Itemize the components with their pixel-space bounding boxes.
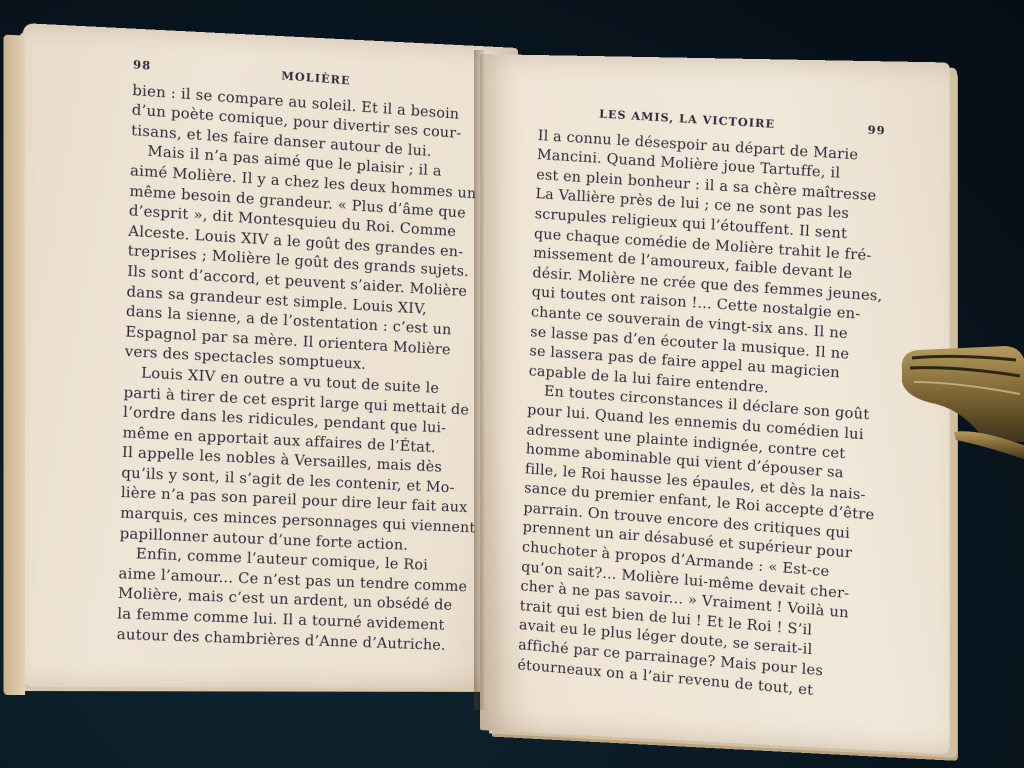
right-page: LES AMIS, LA VICTOIRE 99 Il a connu le d… bbox=[480, 54, 950, 754]
left-page-text: 98 MOLIÈRE bien : il se compare au solei… bbox=[116, 55, 472, 657]
page-number-right: 99 bbox=[867, 120, 886, 141]
book-gutter bbox=[474, 50, 484, 710]
left-header-title: MOLIÈRE bbox=[281, 66, 351, 91]
right-page-text: LES AMIS, LA VICTOIRE 99 Il a connu le d… bbox=[517, 101, 886, 706]
brass-hand-icon bbox=[896, 342, 1024, 462]
left-page-body: bien : il se compare au soleil. Et il a … bbox=[116, 81, 471, 656]
left-page: 98 MOLIÈRE bien : il se compare au solei… bbox=[23, 23, 518, 688]
left-page-edge bbox=[4, 35, 25, 696]
right-page-body: Il a connu le désespoir au départ de Mar… bbox=[517, 127, 885, 706]
right-header-title: LES AMIS, LA VICTOIRE bbox=[599, 104, 776, 134]
page-number-left: 98 bbox=[133, 55, 152, 76]
book-photo-scene: 98 MOLIÈRE bien : il se compare au solei… bbox=[0, 0, 1024, 768]
